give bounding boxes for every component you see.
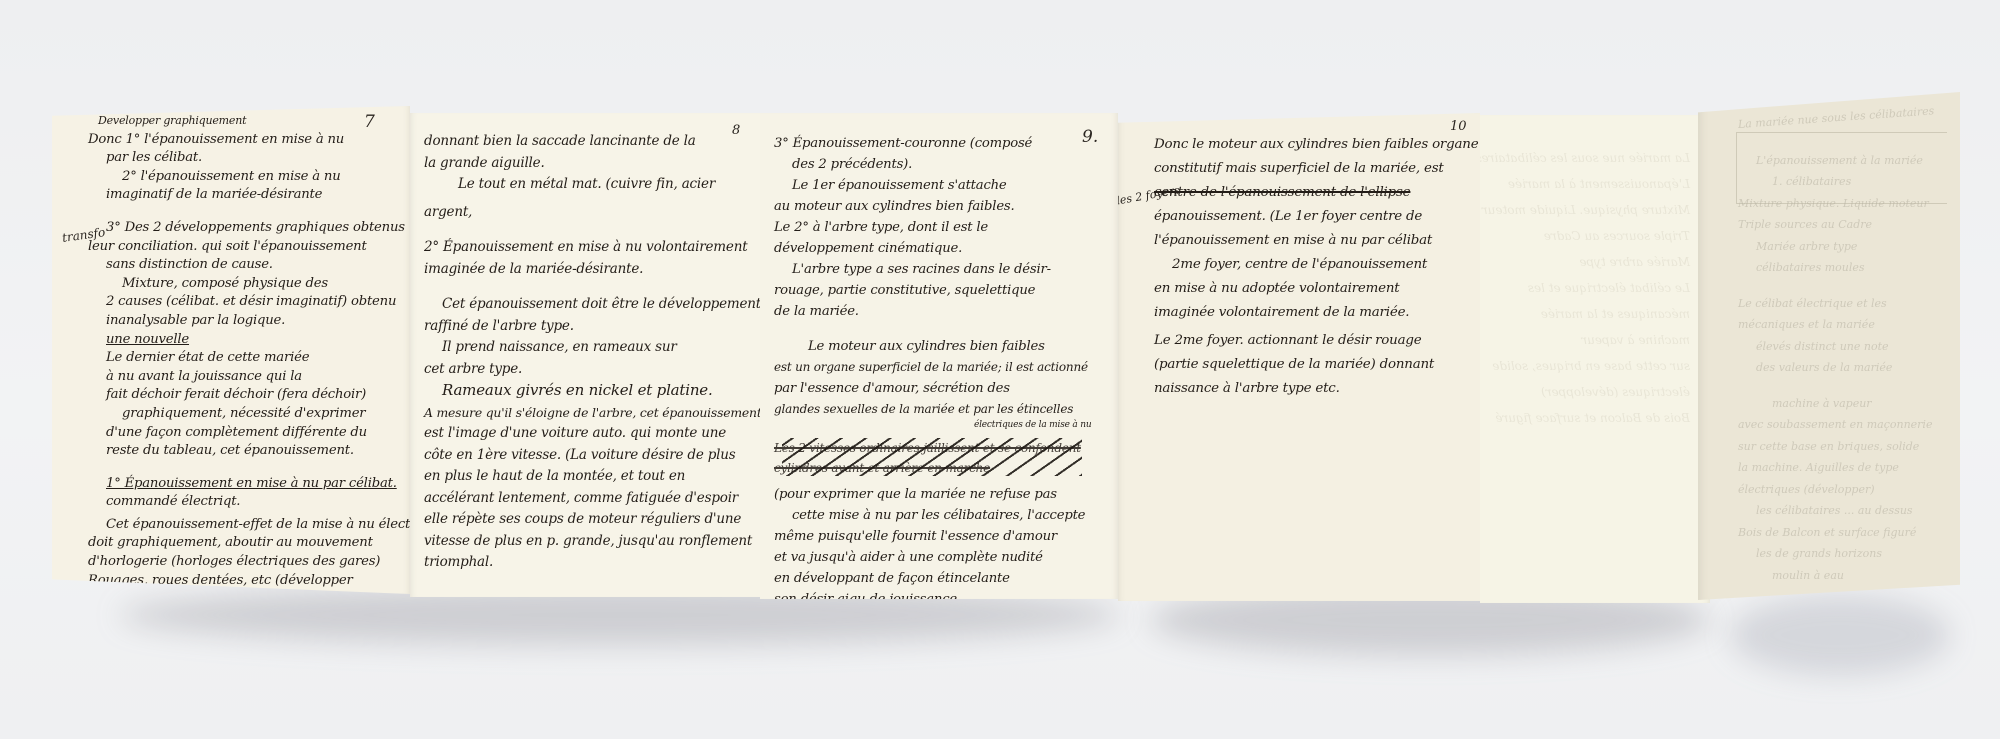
text-line: rouage, partie constitutive, squelettiqu… bbox=[774, 280, 1091, 301]
text-line: raffiné de l'arbre type. bbox=[424, 316, 760, 338]
text-line: développement cinématique. bbox=[774, 238, 1091, 259]
text-line: Cet épanouissement doit être le développ… bbox=[424, 294, 760, 316]
text-line: triomphal. bbox=[424, 552, 760, 574]
manuscript-page-8: 8 donnant bien la saccade lancinante de … bbox=[410, 113, 760, 597]
text-line: côte en 1ère vitesse. (La voiture désire… bbox=[424, 445, 760, 467]
text-line: elle répète ses coups de moteur régulier… bbox=[424, 509, 760, 531]
text-line: des 2 précédents). bbox=[774, 154, 1091, 175]
text-line: même puisqu'elle fournit l'essence d'amo… bbox=[774, 526, 1091, 547]
shadow-under-last bbox=[1730, 595, 1950, 675]
text-line: par l'essence d'amour, sécrétion des bbox=[774, 378, 1091, 399]
cross-hatch-scribble bbox=[782, 438, 1082, 476]
faint-line: Bois de Balcon et surface figuré bbox=[1738, 522, 1935, 544]
text-line: Donc le moteur aux cylindres bien faible… bbox=[1154, 133, 1478, 157]
text-line: cet arbre type. bbox=[424, 359, 760, 381]
crossed-out-passage: Les 2 vitesses ordinaires jaillissent et… bbox=[774, 436, 1091, 478]
faint-line: électriques (développer) bbox=[1738, 479, 1935, 501]
text-line: et va jusqu'à aider à une complète nudit… bbox=[774, 547, 1091, 568]
faint-line: moulin à eau bbox=[1738, 565, 1935, 587]
text-line: la grande aiguille. bbox=[424, 153, 760, 175]
text-line: doit graphiquement, aboutir au mouvement bbox=[88, 534, 410, 553]
text-line: graphiquement, nécessité d'exprimer bbox=[88, 405, 410, 424]
manuscript-back-page: La mariée nue sous les célibataires L'ép… bbox=[1698, 92, 1960, 600]
text-line: Le tout en métal mat. (cuivre fin, acier bbox=[424, 174, 760, 196]
text-line: l'épanouissement en mise à nu par céliba… bbox=[1154, 229, 1478, 253]
text-line: donnant bien la saccade lancinante de la bbox=[424, 131, 760, 153]
text-line: 3° Épanouissement-couronne (composé bbox=[774, 133, 1091, 154]
bleed-line: mécaniques et la mariée bbox=[1500, 301, 1690, 327]
text-line: 3° Des 2 développements graphiques obten… bbox=[88, 219, 410, 238]
text-line: de la mariée. bbox=[774, 301, 1091, 322]
faint-line: La mariée nue sous les célibataires bbox=[1737, 100, 1935, 135]
text-line: constitutif mais superficiel de la marié… bbox=[1154, 157, 1478, 181]
text-line: sans distinction de cause. bbox=[88, 256, 410, 275]
text-line: reste du tableau, cet épanouissement. bbox=[88, 442, 410, 461]
bleed-line: L'épanouissement à la mariée bbox=[1500, 171, 1690, 197]
text-line: en développant de façon étincelante bbox=[774, 568, 1091, 589]
faint-line: des valeurs de la mariée bbox=[1738, 357, 1935, 379]
faint-line: 1. célibataires bbox=[1738, 171, 1935, 193]
handwritten-text: donnant bien la saccade lancinante de la… bbox=[424, 131, 760, 574]
faint-line: célibataires moules bbox=[1738, 257, 1935, 279]
text-line: L'arbre type a ses racines dans le désir… bbox=[774, 259, 1091, 280]
text-line: (partie squelettique de la mariée) donna… bbox=[1154, 353, 1478, 377]
text-line: 2° Épanouissement en mise à nu volontair… bbox=[424, 237, 760, 259]
manuscript-page-7: 7 transfo Developper graphiquement Donc … bbox=[52, 106, 410, 594]
text-line: Le 1er épanouissement s'attache bbox=[774, 175, 1091, 196]
text-line: accélérant lentement, comme fatiguée d'e… bbox=[424, 488, 760, 510]
text-line: Le dernier état de cette mariée bbox=[88, 349, 410, 368]
text-line: (pour exprimer que la mariée ne refuse p… bbox=[774, 484, 1091, 505]
manuscript-page-9: 9. 3° Épanouissement-couronne (composé d… bbox=[760, 113, 1118, 599]
handwritten-text: Developper graphiquement Donc 1° l'épano… bbox=[88, 112, 410, 590]
faint-line: Mixture physique. Liquide moteur bbox=[1738, 193, 1935, 215]
bleed-line: sur cette base en briques, solide bbox=[1500, 353, 1690, 379]
page-number: 10 bbox=[1450, 119, 1467, 134]
bleed-line: Triple sources au Cadre bbox=[1500, 223, 1690, 249]
faint-line: les de grands horizons bbox=[1738, 543, 1935, 565]
text-line: est un organe superficiel de la mariée; … bbox=[774, 357, 1091, 378]
bleed-line: Mixture physique. Liquide moteur bbox=[1500, 197, 1690, 223]
text-line: par les célibat. bbox=[88, 149, 410, 168]
text-line-struck: centre de l'épanouissement de l'ellipse bbox=[1154, 181, 1478, 205]
text-line: inanalysable par la logique. bbox=[88, 312, 410, 331]
text-line: Le 2me foyer. actionnant le désir rouage bbox=[1154, 329, 1478, 353]
bleed-line: Mariée arbre type bbox=[1500, 249, 1690, 275]
text-line: Mixture, composé physique des bbox=[88, 275, 410, 294]
text-line: électriques de la mise à nu bbox=[774, 420, 1091, 430]
text-line: commandé électriqt. bbox=[88, 493, 410, 512]
text-line: Le 2° à l'arbre type, dont il est le bbox=[774, 217, 1091, 238]
manuscript-page-10: 10 les 2 foyers Donc le moteur aux cylin… bbox=[1118, 113, 1480, 601]
text-line: 2me foyer, centre de l'épanouissement bbox=[1154, 253, 1478, 277]
photo-stage: 7 transfo Developper graphiquement Donc … bbox=[0, 0, 2000, 739]
faint-line: avec soubassement en maçonnerie bbox=[1738, 414, 1935, 436]
faint-line: élevés distinct une note bbox=[1738, 336, 1935, 358]
text-line: Rouages, roues dentées, etc (développer bbox=[88, 572, 410, 591]
faint-line: machine à vapeur bbox=[1738, 393, 1935, 415]
bleed-through-text: La mariée nue sous les célibataires L'ép… bbox=[1500, 145, 1690, 431]
text-line: glandes sexuelles de la mariée et par le… bbox=[774, 399, 1091, 420]
faint-line: L'épanouissement à la mariée bbox=[1738, 150, 1935, 172]
text-line: imaginée de la mariée-désirante. bbox=[424, 259, 760, 281]
blank-page: La mariée nue sous les célibataires L'ép… bbox=[1480, 115, 1710, 603]
text-line: cette mise à nu par les célibataires, l'… bbox=[774, 505, 1091, 526]
text-line: fait déchoir ferait déchoir (fera déchoi… bbox=[88, 386, 410, 405]
text-line: épanouissement. (Le 1er foyer centre de bbox=[1154, 205, 1478, 229]
text-line: Cet épanouissement-effet de la mise à nu… bbox=[88, 516, 410, 535]
text-line: est l'image d'une voiture auto. qui mont… bbox=[424, 423, 760, 445]
text-line: en mise à nu adoptée volontairement bbox=[1154, 277, 1478, 301]
text-line-struck: une nouvelle bbox=[88, 331, 410, 350]
text-line: Donc 1° l'épanouissement en mise à nu bbox=[88, 131, 410, 150]
faint-line: Le célibat électrique et les bbox=[1738, 293, 1935, 315]
bleed-line: Le célibat électrique et les bbox=[1500, 275, 1690, 301]
text-line: A mesure qu'il s'éloigne de l'arbre, cet… bbox=[424, 402, 760, 424]
text-line: d'horlogerie (horloges électriques des g… bbox=[88, 553, 410, 572]
text-line: Rameaux givrés en nickel et platine. bbox=[424, 380, 760, 402]
text-line: Il prend naissance, en rameaux sur bbox=[424, 337, 760, 359]
text-line: 2° l'épanouissement en mise à nu bbox=[88, 168, 410, 187]
bleed-line: La mariée nue sous les célibataires bbox=[1500, 145, 1690, 171]
text-line: au moteur aux cylindres bien faibles. bbox=[774, 196, 1091, 217]
text-line: Le moteur aux cylindres bien faibles bbox=[774, 336, 1091, 357]
text-line: 2 causes (célibat. et désir imaginatif) … bbox=[88, 293, 410, 312]
handwritten-text: 3° Épanouissement-couronne (composé des … bbox=[774, 133, 1091, 599]
faint-line: Mariée arbre type bbox=[1738, 236, 1935, 258]
bleed-line: électriques (développer) bbox=[1500, 379, 1690, 405]
faint-line: mécaniques et la mariée bbox=[1738, 314, 1935, 336]
text-line: 1° Épanouissement en mise à nu par célib… bbox=[88, 475, 410, 494]
faint-line: Triple sources au Cadre bbox=[1738, 214, 1935, 236]
faint-line: sur cette base en briques, solide bbox=[1738, 436, 1935, 458]
faint-line: les célibataires ... au dessus bbox=[1738, 500, 1935, 522]
faint-line: la machine. Aiguilles de type bbox=[1738, 457, 1935, 479]
text-line: à nu avant la jouissance qui la bbox=[88, 368, 410, 387]
text-line: argent, bbox=[424, 202, 760, 224]
text-line: d'une façon complètement différente du bbox=[88, 424, 410, 443]
faint-pencil-text: La mariée nue sous les célibataires L'ép… bbox=[1738, 114, 1935, 586]
text-line: son désir aigu de jouissance. bbox=[774, 589, 1091, 599]
text-line: imaginée volontairement de la mariée. bbox=[1154, 301, 1478, 325]
text-line: vitesse de plus en p. grande, jusqu'au r… bbox=[424, 531, 760, 553]
text-line: Developper graphiquement bbox=[88, 112, 410, 131]
text-line: en plus le haut de la montée, et tout en bbox=[424, 466, 760, 488]
bleed-line: Bois de Balcon et surface figuré bbox=[1500, 405, 1690, 431]
bleed-line: machine à vapeur bbox=[1500, 327, 1690, 353]
handwritten-text: Donc le moteur aux cylindres bien faible… bbox=[1154, 133, 1478, 401]
text-line: naissance à l'arbre type etc. bbox=[1154, 377, 1478, 401]
text-line: leur conciliation. qui soit l'épanouisse… bbox=[88, 238, 410, 257]
text-line: imaginatif de la mariée-désirante bbox=[88, 186, 410, 205]
